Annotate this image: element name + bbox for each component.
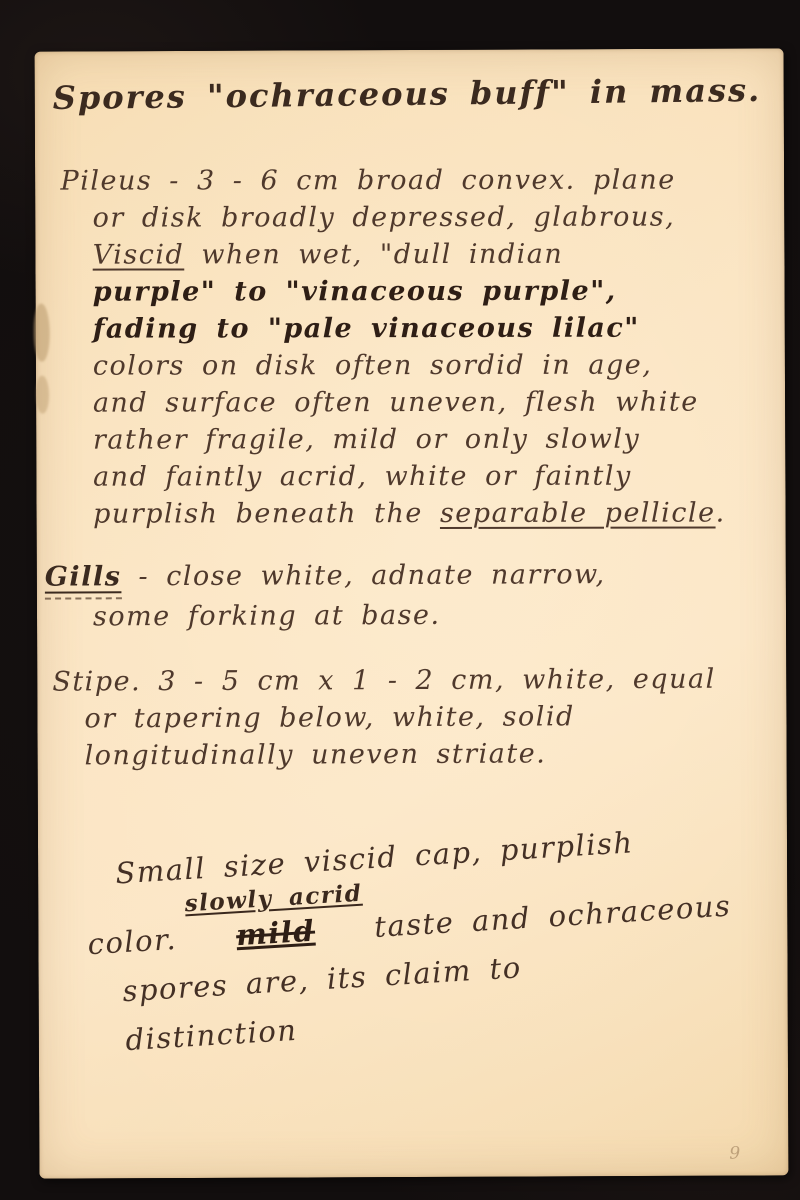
pileus-line-10-end: . [716, 497, 726, 528]
edge-stain [36, 376, 49, 414]
spores-line: Spores "ochraceous buff" in mass. [53, 72, 762, 117]
stipe-line-3: longitudinally uneven striate. [53, 735, 717, 775]
pileus-line-2: or disk broadly depressed, glabrous, [61, 198, 726, 236]
gills-line-2: some forking at base. [45, 595, 606, 637]
pileus-line-5: fading to "pale vinaceous lilac" [61, 309, 726, 347]
pileus-line-9: and faintly acrid, white or faintly [61, 457, 726, 495]
underlined-phrase-separable-pellicle: separable pellicle [440, 498, 716, 529]
pileus-line-10-start: purplish beneath the [93, 498, 440, 530]
gills-line-1: Gills - close white, adnate narrow, [45, 555, 606, 597]
pileus-line-1: Pileus - 3 - 6 cm broad convex. plane [61, 161, 726, 199]
pileus-section: Pileus - 3 - 6 cm broad convex. plane or… [61, 161, 726, 532]
pileus-line-6: colors on disk often sordid in age, [61, 346, 726, 384]
gills-line-1-rest: - close white, adnate narrow, [121, 559, 605, 592]
stipe-line-1: Stipe. 3 - 5 cm x 1 - 2 cm, white, equal [52, 661, 716, 701]
underlined-word-viscid: Viscid [93, 239, 185, 270]
gills-heading: Gills [45, 561, 122, 599]
stipe-section: Stipe. 3 - 5 cm x 1 - 2 cm, white, equal… [52, 661, 716, 775]
summary-line-2-prefix: color. [87, 922, 178, 961]
faint-pencil-mark: 9 [729, 1144, 740, 1164]
pileus-line-8: rather fragile, mild or only slowly [61, 420, 726, 458]
pileus-line-3: Viscid when wet, "dull indian [61, 235, 726, 273]
photo-background: Spores "ochraceous buff" in mass. Pileus… [0, 0, 800, 1200]
pileus-line-4: purple" to "vinaceous purple", [61, 272, 726, 310]
pileus-line-3-rest: when wet, "dull indian [184, 239, 563, 271]
correction-stack: slowly acridmild [184, 884, 366, 964]
gills-section: Gills - close white, adnate narrow, some… [45, 555, 606, 637]
struck-word-mild: mild [235, 907, 317, 961]
stipe-line-2: or tapering below, white, solid [52, 698, 716, 738]
edge-stain [34, 304, 50, 362]
pileus-line-10: purplish beneath the separable pellicle. [61, 494, 726, 532]
summary-section: Small size viscid cap, purplish color.sl… [82, 813, 739, 1067]
pileus-line-7: and surface often uneven, flesh white [61, 383, 726, 421]
note-card: Spores "ochraceous buff" in mass. Pileus… [35, 48, 789, 1178]
